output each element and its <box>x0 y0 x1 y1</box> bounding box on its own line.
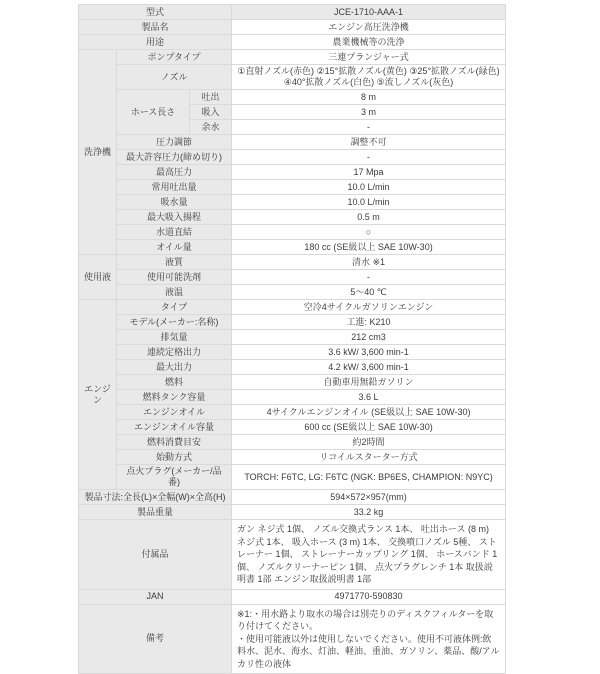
spec-table: 型式 JCE-1710-AAA-1 製品名 エンジン高圧洗浄機 用途 農業機械等… <box>78 4 506 674</box>
spec-value: 約2時間 <box>232 435 506 450</box>
spec-label: 最高圧力 <box>117 165 232 180</box>
table-row: 備考 ※1:・用水路より取水の場合は別売りのディスクフィルターを取り付けてくださ… <box>79 604 506 674</box>
spec-label: 備考 <box>79 604 232 674</box>
spec-label: JAN <box>79 589 232 604</box>
spec-label: 燃料消費目安 <box>117 435 232 450</box>
spec-value: JCE-1710-AAA-1 <box>232 5 506 20</box>
spec-label: 排気量 <box>117 330 232 345</box>
spec-value: TORCH: F6TC, LG: F6TC (NGK: BP6ES, CHAMP… <box>232 465 506 490</box>
spec-value: ①直射ノズル(赤色) ②15°拡散ノズル(黄色) ③25°拡散ノズル(緑色) ④… <box>232 65 506 90</box>
table-row: 最大許容圧力(締め切り) - <box>79 150 506 165</box>
spec-value: エンジン高圧洗浄機 <box>232 20 506 35</box>
spec-value: 空冷4サイクルガソリンエンジン <box>232 300 506 315</box>
table-row: 使用可能洗剤 - <box>79 270 506 285</box>
table-row: 製品寸法:全長(L)×全幅(W)×全高(H) 594×572×957(mm) <box>79 490 506 505</box>
spec-value: 3.6 kW/ 3,600 min-1 <box>232 345 506 360</box>
spec-value: 三連プランジャー式 <box>232 50 506 65</box>
spec-label: 水道直結 <box>117 225 232 240</box>
spec-label: エンジンオイル容量 <box>117 420 232 435</box>
group-label-liquid: 使用液 <box>79 255 117 300</box>
spec-value: 180 cc (SE級以上 SAE 10W-30) <box>232 240 506 255</box>
spec-value: 600 cc (SE級以上 SAE 10W-30) <box>232 420 506 435</box>
spec-label: 最大吸入揚程 <box>117 210 232 225</box>
table-row: 最大吸入揚程 0.5 m <box>79 210 506 225</box>
table-row: 連続定格出力 3.6 kW/ 3,600 min-1 <box>79 345 506 360</box>
spec-value: - <box>232 120 506 135</box>
table-row: 燃料消費目安 約2時間 <box>79 435 506 450</box>
spec-value: 10.0 L/min <box>232 180 506 195</box>
spec-value: 5〜40 ℃ <box>232 285 506 300</box>
table-row: 点火プラグ(メーカー/品番) TORCH: F6TC, LG: F6TC (NG… <box>79 465 506 490</box>
table-row: 排気量 212 cm3 <box>79 330 506 345</box>
spec-value: 3 m <box>232 105 506 120</box>
spec-label: 圧力調節 <box>117 135 232 150</box>
table-row: 液温 5〜40 ℃ <box>79 285 506 300</box>
table-row: 製品名 エンジン高圧洗浄機 <box>79 20 506 35</box>
spec-label: オイル量 <box>117 240 232 255</box>
table-row: エンジン タイプ 空冷4サイクルガソリンエンジン <box>79 300 506 315</box>
spec-label: 吸水量 <box>117 195 232 210</box>
table-row: エンジンオイル容量 600 cc (SE級以上 SAE 10W-30) <box>79 420 506 435</box>
spec-label: ノズル <box>117 65 232 90</box>
table-row: 水道直結 ○ <box>79 225 506 240</box>
table-row: 最大出力 4.2 kW/ 3,600 min-1 <box>79 360 506 375</box>
table-row: 燃料 自動車用無鉛ガソリン <box>79 375 506 390</box>
table-row: 製品重量 33.2 kg <box>79 505 506 520</box>
spec-label: 液温 <box>117 285 232 300</box>
spec-label: 使用可能洗剤 <box>117 270 232 285</box>
spec-sublabel: 余水 <box>190 120 232 135</box>
spec-label: ポンプタイプ <box>117 50 232 65</box>
spec-value: 3.6 L <box>232 390 506 405</box>
spec-value: - <box>232 270 506 285</box>
spec-label: 製品重量 <box>79 505 232 520</box>
spec-label: 最大許容圧力(締め切り) <box>117 150 232 165</box>
spec-label: 付属品 <box>79 520 232 590</box>
spec-value: 4971770-590830 <box>232 589 506 604</box>
spec-label: 燃料 <box>117 375 232 390</box>
spec-label: 常用吐出量 <box>117 180 232 195</box>
spec-sublabel: 吸入 <box>190 105 232 120</box>
group-label-engine: エンジン <box>79 300 117 490</box>
spec-value: 調整不可 <box>232 135 506 150</box>
table-row: 吸水量 10.0 L/min <box>79 195 506 210</box>
spec-value: 清水 ※1 <box>232 255 506 270</box>
spec-label: 始動方式 <box>117 450 232 465</box>
table-row: 最高圧力 17 Mpa <box>79 165 506 180</box>
table-row: ホース長さ 吐出 8 m <box>79 90 506 105</box>
table-row: 付属品 ガン ネジ式 1個、 ノズル交換式ランス 1本、 吐出ホース (8 m)… <box>79 520 506 590</box>
spec-value: ○ <box>232 225 506 240</box>
spec-label: 連続定格出力 <box>117 345 232 360</box>
spec-value: 212 cm3 <box>232 330 506 345</box>
table-row: 圧力調節 調整不可 <box>79 135 506 150</box>
table-row: 使用液 液質 清水 ※1 <box>79 255 506 270</box>
spec-value: 4サイクルエンジンオイル (SE級以上 SAE 10W-30) <box>232 405 506 420</box>
spec-value: 17 Mpa <box>232 165 506 180</box>
spec-value: 0.5 m <box>232 210 506 225</box>
product-spec-page: 型式 JCE-1710-AAA-1 製品名 エンジン高圧洗浄機 用途 農業機械等… <box>0 0 600 600</box>
spec-label: 最大出力 <box>117 360 232 375</box>
table-row: エンジンオイル 4サイクルエンジンオイル (SE級以上 SAE 10W-30) <box>79 405 506 420</box>
spec-label: 燃料タンク容量 <box>117 390 232 405</box>
spec-label: 用途 <box>79 35 232 50</box>
spec-label: 製品寸法:全長(L)×全幅(W)×全高(H) <box>79 490 232 505</box>
spec-value: 8 m <box>232 90 506 105</box>
spec-value: 4.2 kW/ 3,600 min-1 <box>232 360 506 375</box>
table-row: 用途 農業機械等の洗浄 <box>79 35 506 50</box>
spec-value: 33.2 kg <box>232 505 506 520</box>
table-row: JAN 4971770-590830 <box>79 589 506 604</box>
spec-label: 型式 <box>79 5 232 20</box>
spec-value: 10.0 L/min <box>232 195 506 210</box>
table-row: 型式 JCE-1710-AAA-1 <box>79 5 506 20</box>
group-label-washer: 洗浄機 <box>79 50 117 255</box>
spec-value: 自動車用無鉛ガソリン <box>232 375 506 390</box>
spec-value: リコイルスターター方式 <box>232 450 506 465</box>
spec-sublabel: 吐出 <box>190 90 232 105</box>
table-row: 始動方式 リコイルスターター方式 <box>79 450 506 465</box>
spec-label: タイプ <box>117 300 232 315</box>
spec-value: 594×572×957(mm) <box>232 490 506 505</box>
spec-label: モデル(メーカー:名称) <box>117 315 232 330</box>
table-row: 洗浄機 ポンプタイプ 三連プランジャー式 <box>79 50 506 65</box>
spec-value: 農業機械等の洗浄 <box>232 35 506 50</box>
table-row: ノズル ①直射ノズル(赤色) ②15°拡散ノズル(黄色) ③25°拡散ノズル(緑… <box>79 65 506 90</box>
table-row: 燃料タンク容量 3.6 L <box>79 390 506 405</box>
spec-label: ホース長さ <box>117 90 190 135</box>
spec-value: ガン ネジ式 1個、 ノズル交換式ランス 1本、 吐出ホース (8 m) ネジ式… <box>232 520 506 590</box>
table-row: オイル量 180 cc (SE級以上 SAE 10W-30) <box>79 240 506 255</box>
spec-label: 点火プラグ(メーカー/品番) <box>117 465 232 490</box>
table-row: 常用吐出量 10.0 L/min <box>79 180 506 195</box>
spec-label: エンジンオイル <box>117 405 232 420</box>
table-row: モデル(メーカー:名称) 工進: K210 <box>79 315 506 330</box>
spec-value: 工進: K210 <box>232 315 506 330</box>
spec-label: 液質 <box>117 255 232 270</box>
spec-value: ※1:・用水路より取水の場合は別売りのディスクフィルターを取り付けてください。 … <box>232 604 506 674</box>
spec-value: - <box>232 150 506 165</box>
spec-label: 製品名 <box>79 20 232 35</box>
